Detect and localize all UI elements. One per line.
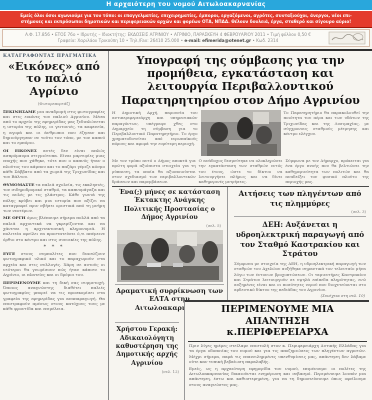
right-column: Αιτήσεις των πληγέντων από τις πλημμύρες… — [228, 187, 369, 400]
red-banner: Εμείς όλοι όσοι αγωνιούμε για τον τόπο: … — [0, 10, 372, 28]
page-content: ΚΑΤΑΓΡΑΦΟΝΤΑΣ ΠΡΑΓΜΑΤΙΚΑ «Εικόνες» από τ… — [0, 49, 372, 400]
signing-meeting-photo — [201, 110, 281, 156]
continuation-note: (Συνέχεια στη σελ. 10) — [231, 293, 365, 298]
table-meeting-photo — [117, 230, 223, 282]
page-reference: (σελ. 5) — [115, 223, 221, 228]
emergency-headline: Ένα(;) μήνες σε κατάσταση Έκτακτης Ανάγκ… — [115, 189, 224, 222]
banner-line-1: Εμείς όλοι όσοι αγωνιούμε για τον τόπο: … — [5, 13, 367, 19]
newspaper-front-page: Η αρχαιότερη του νομού Αιτωλοακαρνανίας … — [0, 0, 372, 400]
signature-stamp-icon — [328, 31, 366, 45]
main-article-row-2: Με τον τρόπο αυτό ο Δήμος αποκτά για πρώ… — [112, 158, 369, 187]
left-paragraph: ΞΕΚΙΝΗΣΑΜΕ μια αναδρομή στις φωτογραφίες… — [3, 109, 105, 146]
masthead-line-2: Γραφεία: Χαριλάου Τρικούπη 10 • Τηλ./Fax… — [11, 38, 325, 45]
top-slogan-text: Η αρχαιότερη του νομού Αιτωλοακαρνανίας — [106, 1, 266, 8]
left-article-title: «Εικόνες» από το παλιό Αγρίνιο — [3, 61, 105, 99]
governor-headline: ΠΕΡΙΜΕΝΟΥΜΕ ΜΙΑ ΑΠΑΝΤΗΣΗ κ.ΠΕΡΙΦΕΡΕΙΑΡΧΑ — [188, 303, 367, 341]
page-reference: (σελ. 12) — [115, 369, 179, 374]
masthead-strip: Α.Φ. 17.856 • ΕΤΟΣ 76ο • Ιδρυτής – Ιδιοκ… — [2, 29, 370, 47]
floods-headline: Αιτήσεις των πληγέντων από τις πλημμύρες — [231, 189, 369, 208]
top-slogan-bar: Η αρχαιότερη του νομού Αιτωλοακαρνανίας — [0, 0, 372, 10]
banner-line-2: στήμονες και εκπρόσωποι δημοτικών και πε… — [5, 19, 367, 25]
main-article-text: Το Παρατηρητήριο θα παρακολουθεί την ποι… — [284, 110, 370, 136]
left-opinion-column: ΚΑΤΑΓΡΑΦΟΝΤΑΣ ΠΡΑΓΜΑΤΙΚΑ «Εικόνες» από τ… — [0, 51, 109, 400]
governor-letter-box: ΠΕΡΙΜΕΝΟΥΜΕ ΜΙΑ ΑΠΑΝΤΗΣΗ κ.ΠΕΡΙΦΕΡΕΙΑΡΧΑ… — [184, 300, 369, 400]
page-reference: (σελ. 3) — [231, 209, 366, 214]
left-paragraph: ΘΥΜΟΜΑΣΤΕ τα παλιά σχολεία, τις εκκλησιέ… — [3, 182, 105, 214]
left-article-credit: (Φωτορεπορτάζ) — [3, 101, 105, 106]
main-headline: Υπογραφή της σύμβασης για την προμήθεια,… — [118, 54, 363, 108]
main-column: Υπογραφή της σύμβασης για την προμήθεια,… — [109, 51, 372, 400]
left-paragraph: ΠΕΡΙΜΕΝΟΥΜΕ και τη δική σας συμμετοχή. Ό… — [3, 280, 105, 312]
governor-article-text: Πριν λίγες ημέρες στείλαμε επιστολή στον… — [188, 343, 367, 387]
main-article-text: Με τον τρόπο αυτό ο Δήμος αποκτά για πρώ… — [112, 158, 196, 184]
main-article-text: Ο ανάδοχος δεσμεύτηκε να ολοκληρώσει την… — [199, 158, 283, 184]
main-article-row-1: Η Δημοτική Αρχή, παρουσία του αντιπεριφε… — [112, 110, 369, 156]
section-divider: * * * — [3, 244, 105, 250]
main-article-text: Η Δημοτική Αρχή, παρουσία του αντιπεριφε… — [112, 110, 198, 146]
left-column-kicker: ΚΑΤΑΓΡΑΦΟΝΤΑΣ ΠΡΑΓΜΑΤΙΚΑ — [3, 54, 105, 59]
masthead-email: e-mail: efimerida@otenet.gr — [184, 38, 251, 43]
left-paragraph: ΕΥΓΕ στους συμπολίτες που διασώζουν φωτο… — [3, 251, 105, 278]
lower-section: Ένα(;) μήνες σε κατάσταση Έκτακτης Ανάγκ… — [112, 187, 369, 400]
dei-headline: ΔΕΗ: Αυξάνεται η υδροηλεκτρική παραγωγή … — [234, 216, 366, 259]
left-paragraph: ΜΕ ΟΡΓΗ όμως βλέπουμε σήμερα πολλά από τ… — [3, 215, 105, 242]
left-paragraph: ΟΙ ΕΙΚΟΝΕΣ αυτές δεν είναι απλώς ασπρόμα… — [3, 148, 105, 180]
main-article-text: Σύμφωνα με τον Δήμαρχο, πρόκειται για έν… — [285, 158, 369, 184]
dei-article-text: Σύμφωνα με στοιχεία της ΔΕΗ, η υδροηλεκτ… — [234, 261, 366, 292]
gerakis-headline: Χρήστου Γερακή: Αδικαιολόγητη καθυστέρησ… — [115, 322, 179, 368]
